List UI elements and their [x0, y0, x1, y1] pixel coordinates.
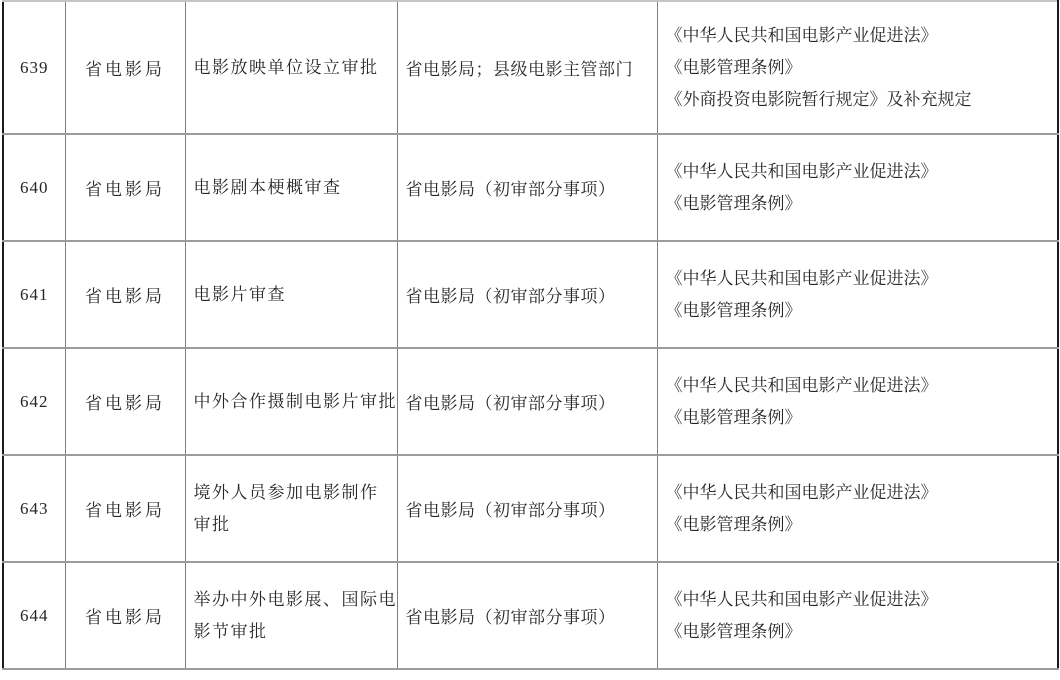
basis-line: 《电影管理条例》 — [666, 188, 1052, 220]
row-number-cell: 643 — [3, 455, 65, 562]
document-page: 639 省电影局 电影放映单位设立审批 省电影局；县级电影主管部门 《中华人民共… — [0, 0, 1060, 680]
legal-basis-cell: 《中华人民共和国电影产业促进法》《电影管理条例》 — [657, 455, 1058, 562]
item-line: 中外合作摄制电影片审批 — [194, 386, 392, 418]
department-cell: 省电影局 — [65, 455, 185, 562]
legal-basis-cell: 《中华人民共和国电影产业促进法》《电影管理条例》 — [657, 134, 1058, 241]
authority-cell: 省电影局（初审部分事项） — [397, 455, 657, 562]
basis-line: 《电影管理条例》 — [666, 402, 1052, 434]
table-row: 644 省电影局 举办中外电影展、国际电影节审批 省电影局（初审部分事项） 《中… — [3, 562, 1058, 669]
item-line: 电影放映单位设立审批 — [194, 52, 392, 84]
item-line: 影节审批 — [194, 616, 392, 648]
basis-line: 《中华人民共和国电影产业促进法》 — [666, 584, 1052, 616]
authority-cell: 省电影局（初审部分事项） — [397, 134, 657, 241]
row-number-cell: 639 — [3, 1, 65, 134]
basis-line: 《中华人民共和国电影产业促进法》 — [666, 370, 1052, 402]
department-cell: 省电影局 — [65, 1, 185, 134]
row-number-cell: 641 — [3, 241, 65, 348]
basis-line: 《电影管理条例》 — [666, 52, 1052, 84]
table-body: 639 省电影局 电影放映单位设立审批 省电影局；县级电影主管部门 《中华人民共… — [3, 1, 1058, 669]
table-row: 641 省电影局 电影片审查 省电影局（初审部分事项） 《中华人民共和国电影产业… — [3, 241, 1058, 348]
item-name-cell: 举办中外电影展、国际电影节审批 — [185, 562, 397, 669]
item-line: 举办中外电影展、国际电 — [194, 584, 392, 616]
basis-line: 《中华人民共和国电影产业促进法》 — [666, 477, 1052, 509]
item-name-cell: 电影放映单位设立审批 — [185, 1, 397, 134]
basis-line: 《中华人民共和国电影产业促进法》 — [666, 156, 1052, 188]
authority-cell: 省电影局；县级电影主管部门 — [397, 1, 657, 134]
item-name-cell: 境外人员参加电影制作审批 — [185, 455, 397, 562]
table-row: 640 省电影局 电影剧本梗概审查 省电影局（初审部分事项） 《中华人民共和国电… — [3, 134, 1058, 241]
row-number-cell: 644 — [3, 562, 65, 669]
approval-items-table: 639 省电影局 电影放映单位设立审批 省电影局；县级电影主管部门 《中华人民共… — [2, 0, 1059, 670]
table-row: 642 省电影局 中外合作摄制电影片审批 省电影局（初审部分事项） 《中华人民共… — [3, 348, 1058, 455]
legal-basis-cell: 《中华人民共和国电影产业促进法》《电影管理条例》 — [657, 562, 1058, 669]
basis-line: 《电影管理条例》 — [666, 295, 1052, 327]
department-cell: 省电影局 — [65, 562, 185, 669]
legal-basis-cell: 《中华人民共和国电影产业促进法》《电影管理条例》《外商投资电影院暂行规定》及补充… — [657, 1, 1058, 134]
item-name-cell: 中外合作摄制电影片审批 — [185, 348, 397, 455]
legal-basis-cell: 《中华人民共和国电影产业促进法》《电影管理条例》 — [657, 241, 1058, 348]
item-name-cell: 电影剧本梗概审查 — [185, 134, 397, 241]
department-cell: 省电影局 — [65, 348, 185, 455]
authority-cell: 省电影局（初审部分事项） — [397, 562, 657, 669]
item-line: 电影剧本梗概审查 — [194, 172, 392, 204]
item-name-cell: 电影片审查 — [185, 241, 397, 348]
row-number-cell: 640 — [3, 134, 65, 241]
table-row: 639 省电影局 电影放映单位设立审批 省电影局；县级电影主管部门 《中华人民共… — [3, 1, 1058, 134]
basis-line: 《中华人民共和国电影产业促进法》 — [666, 20, 1052, 52]
table-row: 643 省电影局 境外人员参加电影制作审批 省电影局（初审部分事项） 《中华人民… — [3, 455, 1058, 562]
basis-line: 《外商投资电影院暂行规定》及补充规定 — [666, 84, 1052, 116]
basis-line: 《电影管理条例》 — [666, 509, 1052, 541]
item-line: 审批 — [194, 509, 392, 541]
basis-line: 《电影管理条例》 — [666, 616, 1052, 648]
department-cell: 省电影局 — [65, 134, 185, 241]
legal-basis-cell: 《中华人民共和国电影产业促进法》《电影管理条例》 — [657, 348, 1058, 455]
authority-cell: 省电影局（初审部分事项） — [397, 241, 657, 348]
department-cell: 省电影局 — [65, 241, 185, 348]
basis-line: 《中华人民共和国电影产业促进法》 — [666, 263, 1052, 295]
authority-cell: 省电影局（初审部分事项） — [397, 348, 657, 455]
row-number-cell: 642 — [3, 348, 65, 455]
item-line: 境外人员参加电影制作 — [194, 477, 392, 509]
item-line: 电影片审查 — [194, 279, 392, 311]
